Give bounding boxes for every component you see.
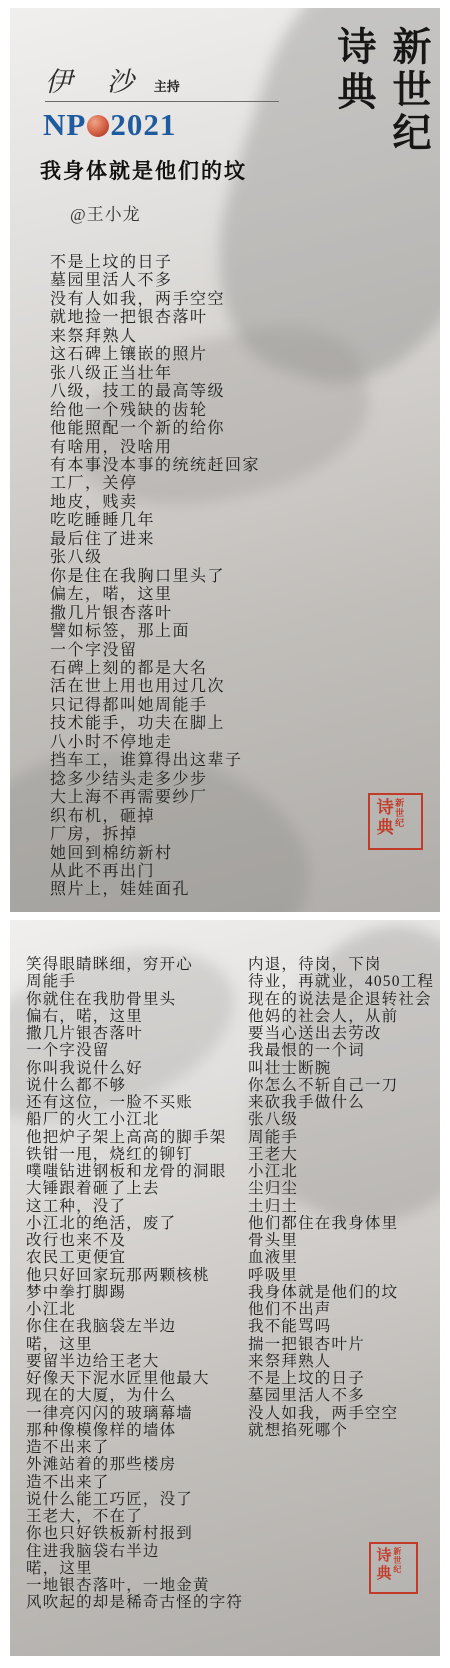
poem-line: 不是上坟的日子: [248, 1370, 434, 1387]
poem-line: 撒几片银杏落叶: [50, 605, 260, 623]
poem-line: 土归土: [248, 1198, 434, 1215]
poem-line: 他妈的社会人，从前: [248, 1008, 434, 1025]
poem-line: 他能照配一个新的给你: [50, 420, 260, 438]
brand-shidian: 诗典: [334, 26, 373, 155]
poem-line: 石碑上刻的都是大名: [50, 660, 260, 678]
brand-xinshiji: 新世纪: [389, 26, 428, 155]
poem-line: 你住在我脑袋左半边: [26, 1318, 243, 1335]
seal-big-text: 诗典: [374, 1547, 391, 1589]
poem-line: 譬如标签，那上面: [50, 623, 260, 641]
poem-line: 张八级正当壮年: [50, 365, 260, 383]
poem-line: 小江北: [26, 1301, 243, 1318]
poem-line: 周能手: [248, 1129, 434, 1146]
poem-line: 外滩站着的那些楼房: [26, 1456, 243, 1473]
poem-line: 你是住在我胸口里头了: [50, 568, 260, 586]
poem-part2-left-column: 笑得眼睛眯细，穷开心周能手你就住在我肋骨里头偏右，喏，这里撒几片银杏落叶一个字没…: [26, 956, 243, 1612]
poem-line: 改行也来不及: [26, 1232, 243, 1249]
seal-small-text: 新世纪: [393, 1547, 401, 1589]
poem-line: 王老大: [248, 1146, 434, 1163]
seal-small-text: 新世纪: [394, 798, 403, 845]
poem-line: 小江北的绝活，废了: [26, 1215, 243, 1232]
poem-line: 现在的说法是企退转社会: [248, 991, 434, 1008]
poem-line: 你就住在我肋骨里头: [26, 991, 243, 1008]
poem-line: 农民工更便宜: [26, 1249, 243, 1266]
poem-line: 揣一把银杏叶片: [248, 1336, 434, 1353]
poem-line: 船厂的火工小江北: [26, 1111, 243, 1128]
poem-line: 八级，技工的最高等级: [50, 383, 260, 401]
poem-line: 风吹起的却是稀奇古怪的字符: [26, 1594, 243, 1611]
red-seal-stamp: 诗典 新世纪: [368, 793, 423, 850]
poem-line: 照片上，娃娃面孔: [50, 881, 260, 899]
poem-line: 给他一个残缺的齿轮: [50, 402, 260, 420]
npc-2021-logo: NP2021: [43, 107, 176, 143]
poem-line: 张八级: [50, 549, 260, 567]
masthead-vertical-brand: 诗典 新世纪: [334, 26, 428, 155]
poem-line: 你叫我说什么好: [26, 1060, 243, 1077]
poem-line: 周能手: [26, 973, 243, 990]
poem-line: 有啥用，没啥用: [50, 439, 260, 457]
poem-line: 地皮，贱卖: [50, 494, 260, 512]
poem-line: 尘归尘: [248, 1180, 434, 1197]
poem-line: 你怎么不斩自己一刀: [248, 1077, 434, 1094]
poem-part1: 不是上坟的日子墓园里活人不多没有人如我，两手空空就地捡一把银杏落叶来祭拜熟人这石…: [50, 254, 260, 900]
logo-prefix: NP: [43, 107, 86, 142]
poem-line: 我最恨的一个词: [248, 1042, 434, 1059]
poem-line: 厂房，拆掉: [50, 826, 260, 844]
poem-line: 小江北: [248, 1163, 434, 1180]
poem-line: 骨头里: [248, 1232, 434, 1249]
poem-line: 造不出来了: [26, 1439, 243, 1456]
poem-line: 撒几片银杏落叶: [26, 1025, 243, 1042]
poem-line: 一个字没留: [50, 642, 260, 660]
poem-line: 墓园里活人不多: [50, 272, 260, 290]
poem-line: 来砍我手做什么: [248, 1094, 434, 1111]
poem-line: 呼吸里: [248, 1267, 434, 1284]
poem-line: 他只好回家玩那两颗核桃: [26, 1267, 243, 1284]
poem-line: 没有人如我，两手空空: [50, 291, 260, 309]
poem-author: @王小龙: [70, 200, 141, 225]
poem-line: 住进我脑袋右半边: [26, 1543, 243, 1560]
logo-year: 2021: [110, 107, 176, 142]
poem-line: 来祭拜熟人: [50, 328, 260, 346]
host-row: 伊 沙 主持: [45, 60, 180, 99]
poem-line: 他把炉子架上高高的脚手架: [26, 1129, 243, 1146]
poem-line: 血液里: [248, 1249, 434, 1266]
poem-line: 没人如我，两手空空: [248, 1405, 434, 1422]
poem-line: 就想掐死哪个: [248, 1422, 434, 1439]
poem-line: 笑得眼睛眯细，穷开心: [26, 956, 243, 973]
red-seal-stamp: 诗典 新世纪: [369, 1542, 418, 1594]
poem-line: 就地捡一把银杏落叶: [50, 309, 260, 327]
poem-line: 噗嗤钻进钢板和龙骨的洞眼: [26, 1163, 243, 1180]
poem-line: 工厂，关停: [50, 475, 260, 493]
poem-line: 大上海不再需要纱厂: [50, 789, 260, 807]
poem-line: 最后住了进来: [50, 531, 260, 549]
poster-card-bottom: 笑得眼睛眯细，穷开心周能手你就住在我肋骨里头偏右，喏，这里撒几片银杏落叶一个字没…: [10, 920, 440, 1656]
poem-line: 织布机，砸掉: [50, 808, 260, 826]
header-divider: [45, 101, 279, 102]
poem-line: 那种像模像样的墙体: [26, 1422, 243, 1439]
poem-line: 要留半边给王老大: [26, 1353, 243, 1370]
poem-line: 他们都住在我身体里: [248, 1215, 434, 1232]
poem-line: 这工种，没了: [26, 1198, 243, 1215]
poem-line: 从此不再出门: [50, 863, 260, 881]
poem-line: 有本事没本事的统统赶回家: [50, 457, 260, 475]
poem-line: 说什么能工巧匠，没了: [26, 1491, 243, 1508]
poem-line: 八小时不停地走: [50, 734, 260, 752]
poem-line: 不是上坟的日子: [50, 254, 260, 272]
poem-line: 张八级: [248, 1111, 434, 1128]
poem-line: 王老大，不在了: [26, 1508, 243, 1525]
poem-line: 喏，这里: [26, 1336, 243, 1353]
logo-red-seal-icon: [87, 115, 109, 137]
poem-line: 还有这位，一脸不买账: [26, 1094, 243, 1111]
poem-line: 只记得都叫她周能手: [50, 697, 260, 715]
poem-line: 一地银杏落叶，一地金黄: [26, 1577, 243, 1594]
poem-line: 墓园里活人不多: [248, 1387, 434, 1404]
poem-line: 内退，待岗，下岗: [248, 956, 434, 973]
poem-line: 要当心送出去劳改: [248, 1025, 434, 1042]
poem-line: 你也只好铁板新村报到: [26, 1525, 243, 1542]
poem-line: 梦中拳打脚踢: [26, 1284, 243, 1301]
poem-part2-right-column: 内退，待岗，下岗待业，再就业，4050工程现在的说法是企退转社会他妈的社会人，从…: [248, 956, 434, 1439]
poem-line: 我不能骂吗: [248, 1318, 434, 1335]
poem-line: 现在的大厦，为什么: [26, 1387, 243, 1404]
poem-line: 我身体就是他们的坟: [248, 1284, 434, 1301]
poster-card-top: 伊 沙 主持 NP2021 我身体就是他们的坟 @王小龙 诗典 新世纪 不是上坟…: [10, 8, 440, 912]
poem-line: 偏右，喏，这里: [26, 1008, 243, 1025]
poem-line: 铁钳一甩，烧红的铆钉: [26, 1146, 243, 1163]
poem-line: 偏左，喏，这里: [50, 586, 260, 604]
poem-line: 这石碑上镶嵌的照片: [50, 346, 260, 364]
host-role-label: 主持: [154, 79, 180, 94]
poem-line: 捻多少结头走多少步: [50, 771, 260, 789]
poem-line: 造不出来了: [26, 1474, 243, 1491]
poem-line: 技术能手，功夫在脚上: [50, 715, 260, 733]
seal-big-text: 诗典: [373, 798, 392, 845]
poem-line: 一律亮闪闪的玻璃幕墙: [26, 1405, 243, 1422]
poem-line: 说什么都不够: [26, 1077, 243, 1094]
poem-line: 活在世上用也用过几次: [50, 678, 260, 696]
poem-title: 我身体就是他们的坟: [40, 155, 247, 185]
poem-line: 他们不出声: [248, 1301, 434, 1318]
poem-line: 吃吃睡睡几年: [50, 512, 260, 530]
poem-line: 叫壮士断腕: [248, 1060, 434, 1077]
poem-line: 好像天下泥水匠里他最大: [26, 1370, 243, 1387]
poem-line: 挡车工，谁算得出这辈子: [50, 752, 260, 770]
host-name: 伊 沙: [45, 67, 148, 97]
poem-line: 她回到棉纺新村: [50, 845, 260, 863]
poem-line: 大锤跟着砸了上去: [26, 1180, 243, 1197]
poem-line: 来祭拜熟人: [248, 1353, 434, 1370]
poem-line: 一个字没留: [26, 1042, 243, 1059]
poem-line: 喏，这里: [26, 1560, 243, 1577]
poem-line: 待业，再就业，4050工程: [248, 973, 434, 990]
